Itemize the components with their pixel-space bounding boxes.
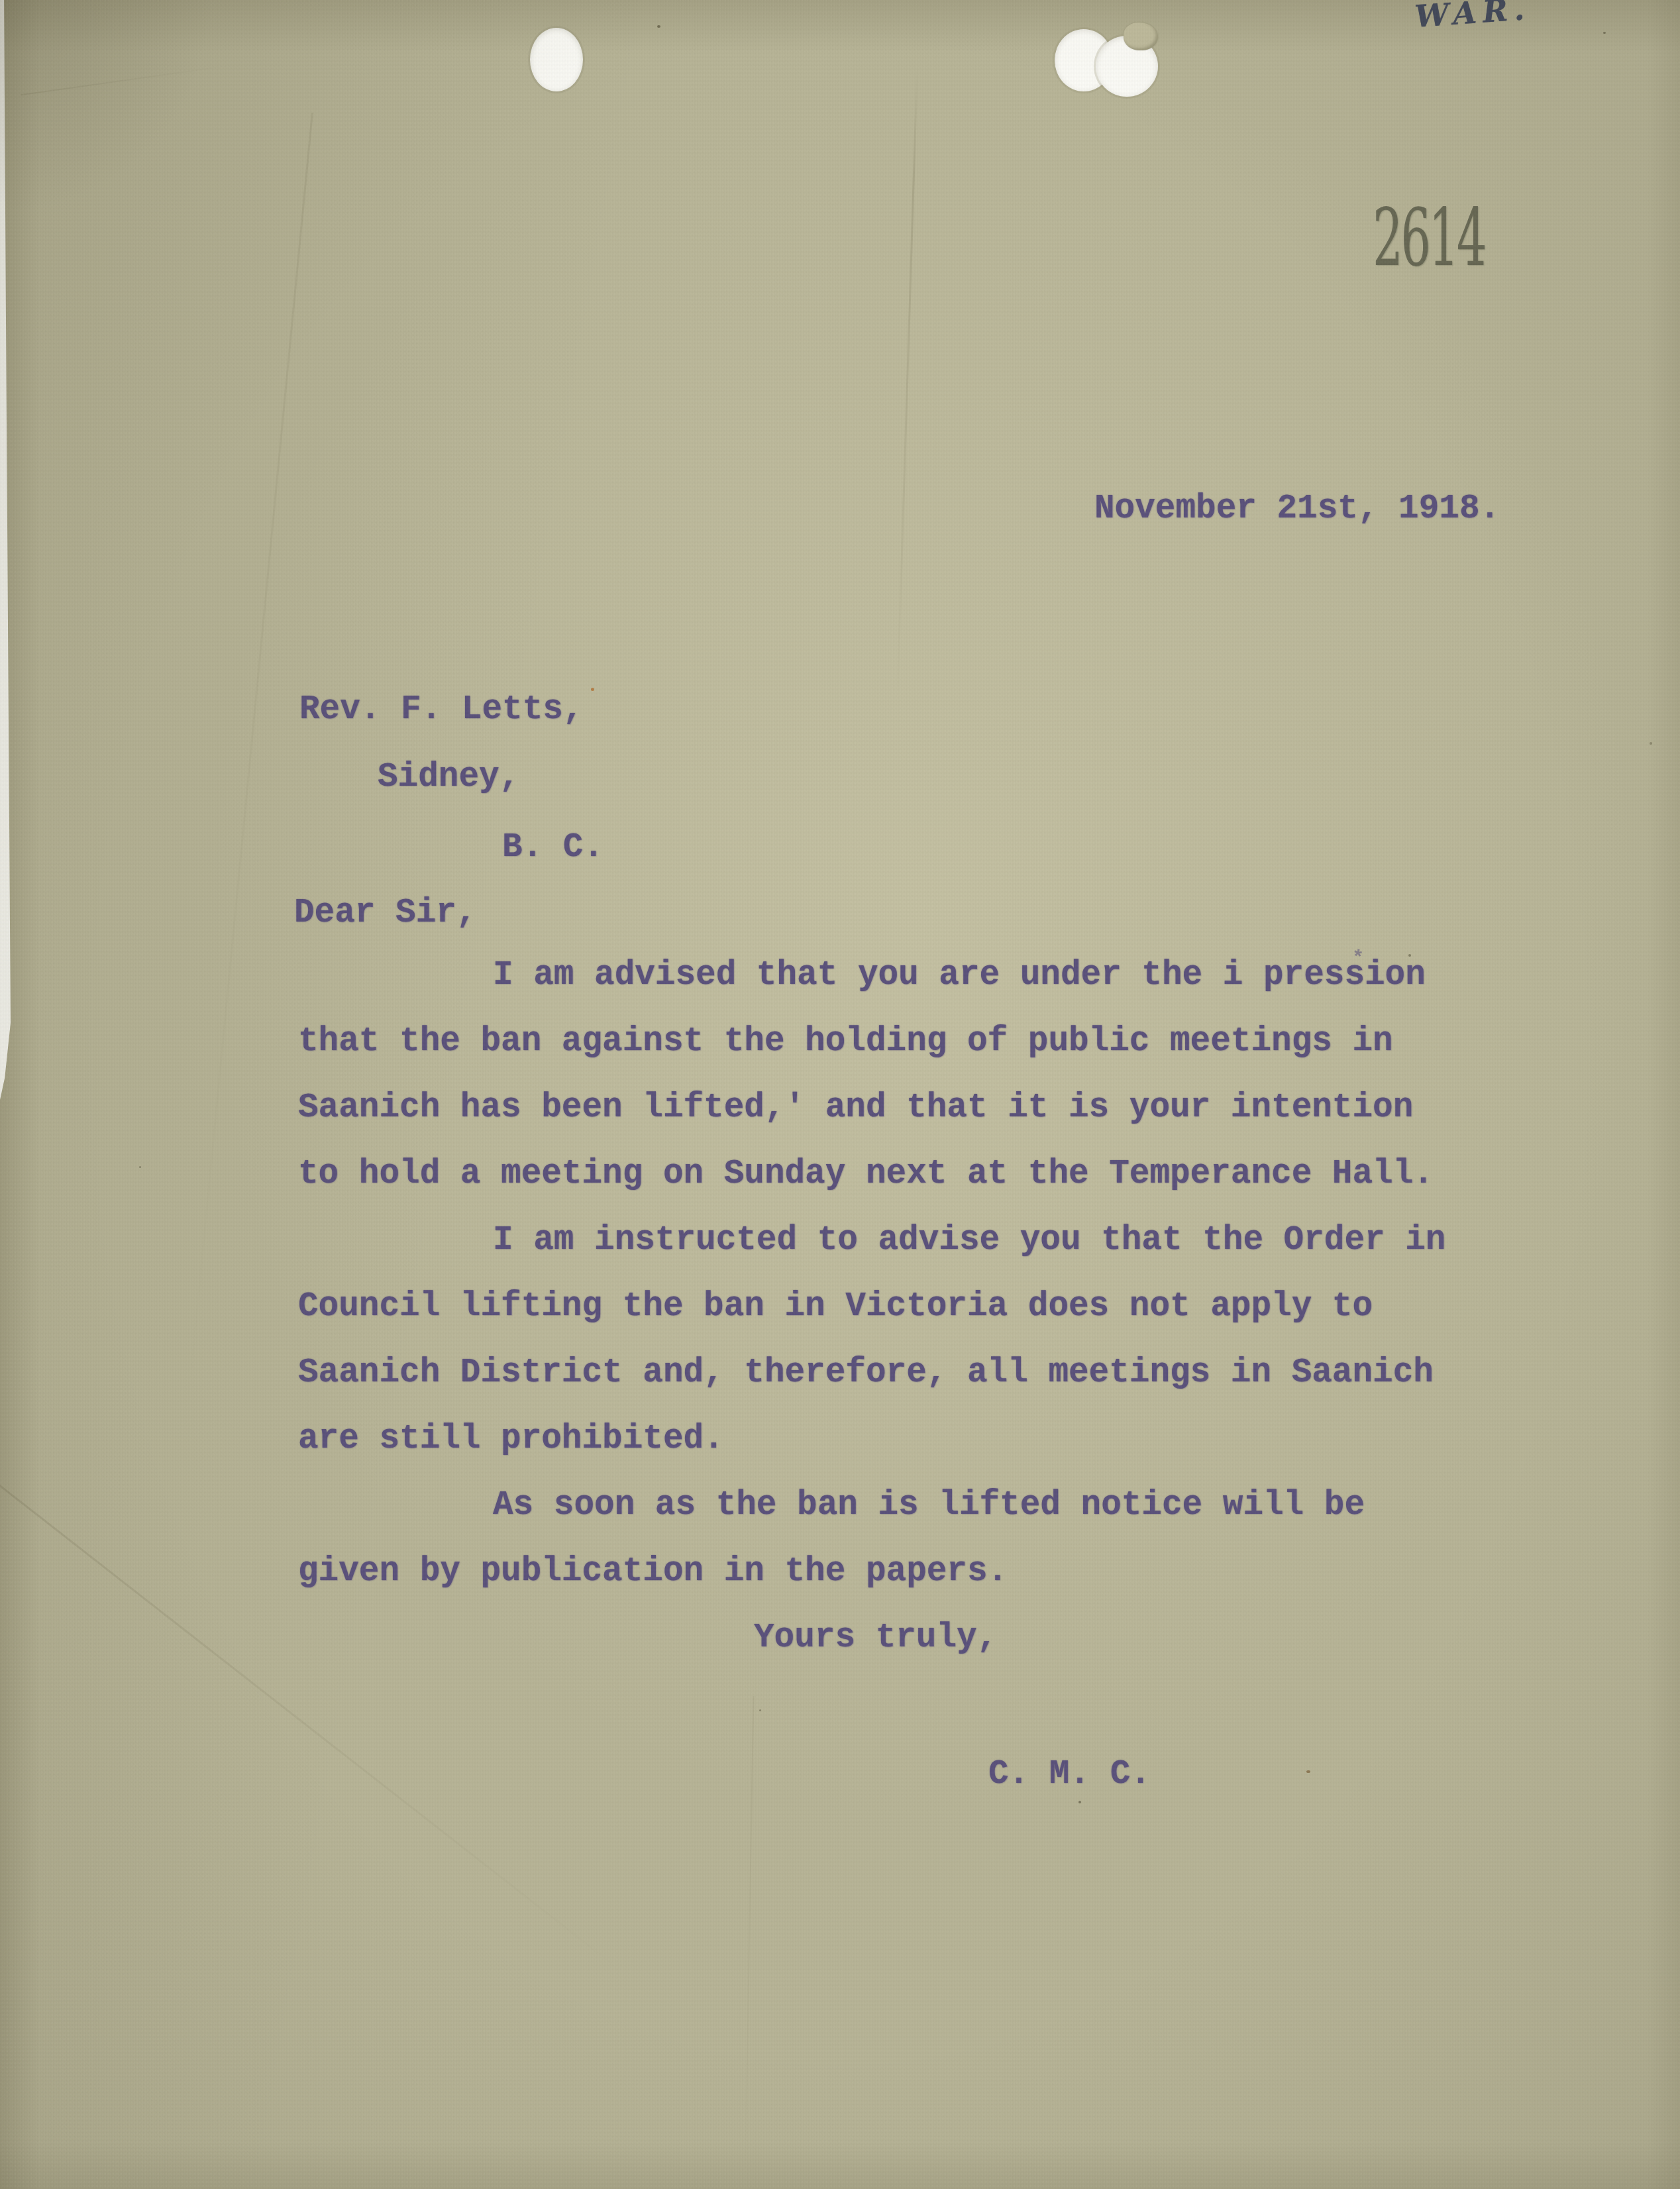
signature-initials: C. M. C.: [988, 1758, 1151, 1791]
closing: Yours truly,: [298, 1605, 1491, 1672]
paper-crease: [896, 66, 918, 702]
paper-speck: [657, 25, 660, 28]
recipient-province: B. C.: [502, 831, 604, 865]
war-annotation: WAR.: [1414, 0, 1531, 32]
paper-speck: [759, 1709, 761, 1711]
body-line: Council lifting the ban in Victoria does…: [298, 1274, 1491, 1340]
paper-chip: [1124, 23, 1158, 50]
paper-speck: [1306, 1770, 1310, 1773]
paper-speck: [139, 1166, 141, 1168]
paper-crease: [184, 113, 313, 1432]
body-line: Saanich has been lifted,' and that it is…: [298, 1075, 1491, 1142]
body-line: that the ban against the holding of publ…: [298, 1009, 1491, 1075]
paper-crease: [745, 1696, 755, 2189]
body-line: I am advised that you are under the i pr…: [298, 943, 1491, 1009]
paper-speck: [1078, 1801, 1081, 1803]
body-line: are still prohibited.: [298, 1407, 1491, 1473]
recipient-city: Sidney,: [378, 761, 519, 794]
body-line: to hold a meeting on Sunday next at the …: [298, 1142, 1491, 1208]
recipient-name: Rev. F. Letts,: [299, 693, 583, 727]
body-line: I am instructed to advise you that the O…: [298, 1208, 1491, 1274]
paper-speck: [1650, 742, 1652, 745]
letter-scan-page: WAR. 2614 November 21st, 1918. Rev. F. L…: [0, 0, 1680, 2189]
paper-crease: [21, 65, 231, 96]
letter-body: I am advised that you are under the i pr…: [298, 943, 1491, 1672]
punch-hole-left: [530, 28, 583, 91]
scan-edge-sliver: [0, 0, 11, 1100]
salutation: Dear Sir,: [294, 896, 476, 930]
paper-speck: [1603, 32, 1606, 34]
punch-hole-right: [1055, 25, 1161, 97]
body-line: given by publication in the papers.: [298, 1539, 1491, 1605]
paper-speck: [591, 688, 594, 691]
body-line: Saanich District and, therefore, all mee…: [298, 1340, 1491, 1407]
file-number-stamp: 2614: [1373, 199, 1485, 278]
body-line: As soon as the ban is lifted notice will…: [298, 1473, 1491, 1539]
date-line: November 21st, 1918.: [1094, 492, 1500, 526]
